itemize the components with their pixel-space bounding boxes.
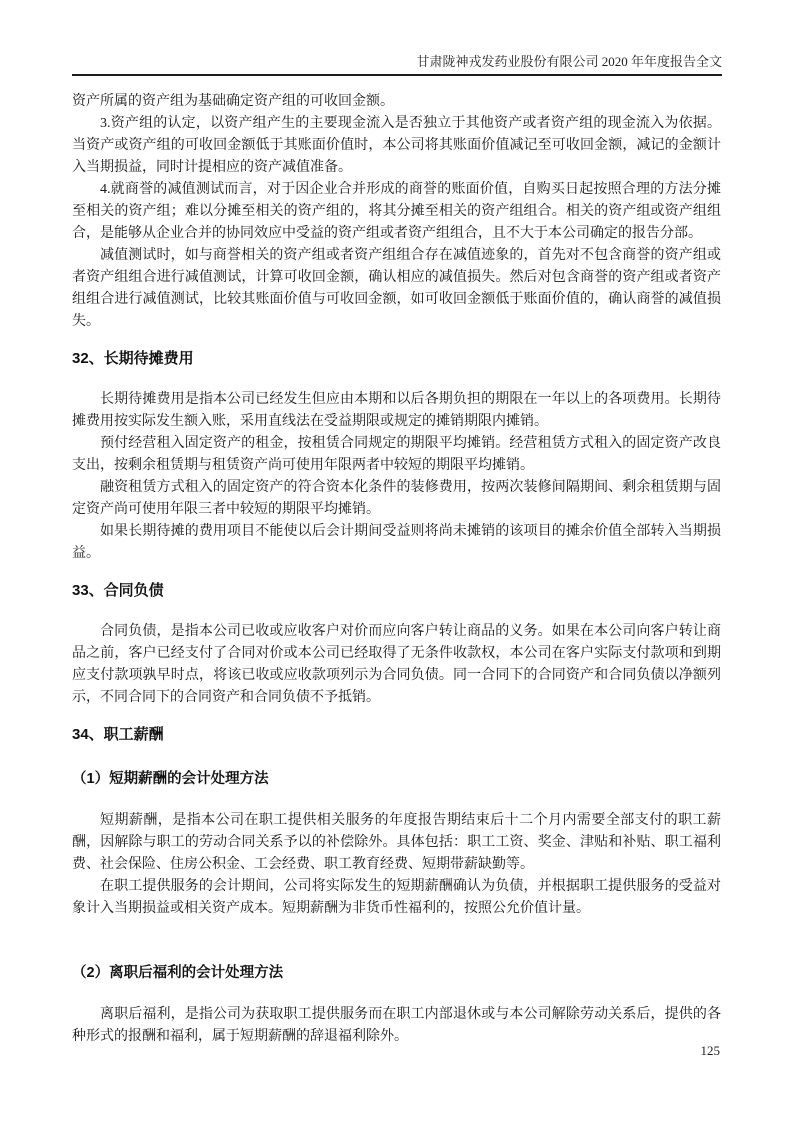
- paragraph-contract-liabilities-definition: 合同负债，是指本公司已收或应收客户对价而应向客户转让商品的义务。如果在本公司向客…: [72, 621, 721, 709]
- report-header: 甘肃陇神戎发药业股份有限公司 2020 年年度报告全文: [72, 0, 722, 76]
- section-heading-32-long-term-deferred-expenses: 32、长期待摊费用: [72, 348, 721, 370]
- sub-heading-2-post-employment-benefits: （2）离职后福利的会计处理方法: [72, 962, 721, 984]
- page-number: 125: [701, 1044, 721, 1058]
- paragraph-short-term-compensation-definition: 短期薪酬，是指本公司在职工提供相关服务的年度报告期结束后十二个月内需要全部支付的…: [72, 810, 721, 876]
- paragraph-asset-group-continuation: 资产所属的资产组为基础确定资产组的可收回金额。: [72, 91, 721, 113]
- paragraph-ltde-no-future-benefit: 如果长期待摊的费用项目不能使以后会计期间受益则将尚未摊销的该项目的摊余价值全部转…: [72, 521, 721, 565]
- paragraph-ltde-finance-lease: 融资租赁方式租入的固定资产的符合资本化条件的装修费用，按两次装修间隔期间、剩余租…: [72, 477, 721, 521]
- section-heading-33-contract-liabilities: 33、合同负债: [72, 580, 721, 602]
- paragraph-post-employment-benefits-definition: 离职后福利，是指公司为获取职工提供服务而在职工内部退休或与本公司解除劳动关系后，…: [72, 1004, 721, 1048]
- paragraph-short-term-compensation-recognition: 在职工提供服务的会计期间，公司将实际发生的短期薪酬确认为负债，并根据职工提供服务…: [72, 876, 721, 920]
- paragraph-asset-group-determination: 3.资产组的认定，以资产组产生的主要现金流入是否独立于其他资产或者资产组的现金流…: [72, 113, 721, 179]
- report-page: 甘肃陇神戎发药业股份有限公司 2020 年年度报告全文 资产所属的资产组为基础确…: [0, 0, 793, 1122]
- section-heading-34-employee-compensation: 34、职工薪酬: [72, 724, 721, 746]
- paragraph-goodwill-impairment-testing: 减值测试时，如与商誉相关的资产组或者资产组组合存在减值迹象的，首先对不包含商誉的…: [72, 245, 721, 333]
- paragraph-goodwill-impairment-allocation: 4.就商誉的减值测试而言，对于因企业合并形成的商誉的账面价值，自购买日起按照合理…: [72, 179, 721, 245]
- paragraph-ltde-definition: 长期待摊费用是指本公司已经发生但应由本期和以后各期负担的期限在一年以上的各项费用…: [72, 389, 721, 433]
- paragraph-ltde-prepaid-rent: 预付经营租入固定资产的租金，按租赁合同规定的期限平均摊销。经营租赁方式租入的固定…: [72, 433, 721, 477]
- document-body: 资产所属的资产组为基础确定资产组的可收回金额。 3.资产组的认定，以资产组产生的…: [72, 76, 721, 1048]
- report-header-title: 甘肃陇神戎发药业股份有限公司 2020 年年度报告全文: [416, 54, 722, 69]
- sub-heading-1-short-term-compensation: （1）短期薪酬的会计处理方法: [72, 768, 721, 790]
